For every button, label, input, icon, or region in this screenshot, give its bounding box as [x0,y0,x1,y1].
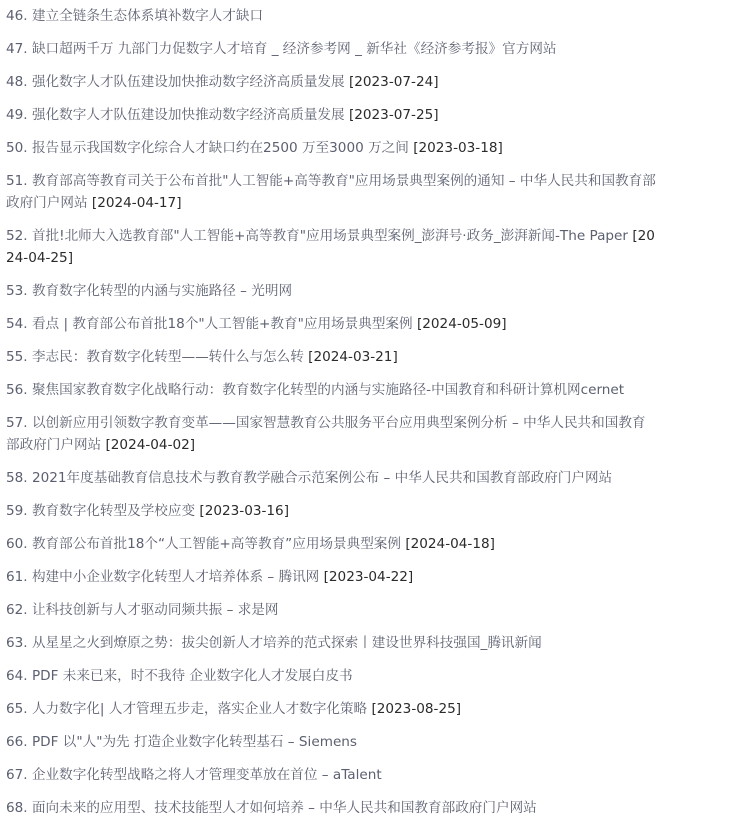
reference-link[interactable]: 面向未来的应用型、技术技能型人才如何培养 – 中华人民共和国教育部政府门户网站 [32,800,537,816]
reference-number: 54. [6,316,28,332]
reference-date: [2023-08-25] [371,701,461,717]
reference-date: [2023-07-24] [349,74,439,90]
reference-link[interactable]: 企业数字化转型战略之将人才管理变革放在首位 – aTalent [32,767,382,783]
reference-number: 61. [6,569,28,585]
reference-number: 53. [6,283,28,299]
reference-number: 68. [6,800,28,816]
reference-item: 60. 教育部公布首批18个“人工智能+高等教育”应用场景典型案例 [2024-… [6,533,656,555]
reference-date: [2024-04-02] [105,437,195,453]
reference-link[interactable]: 强化数字人才队伍建设加快推动数字经济高质量发展 [32,74,345,90]
reference-link[interactable]: PDF 未来已来，时不我待 企业数字化人才发展白皮书 [32,668,353,684]
reference-number: 48. [6,74,28,90]
reference-item: 67. 企业数字化转型战略之将人才管理变革放在首位 – aTalent [6,764,656,786]
reference-number: 64. [6,668,28,684]
reference-number: 65. [6,701,28,717]
reference-date: [2024-04-17] [92,195,182,211]
reference-link[interactable]: 人力数字化| 人才管理五步走，落实企业人才数字化策略 [32,701,367,717]
reference-date: [2024-03-21] [308,349,398,365]
reference-link[interactable]: 建立全链条生态体系填补数字人才缺口 [32,8,263,24]
reference-number: 58. [6,470,28,486]
reference-number: 66. [6,734,28,750]
reference-link[interactable]: 报告显示我国数字化综合人才缺口约在2500 万至3000 万之间 [32,140,409,156]
reference-item: 68. 面向未来的应用型、技术技能型人才如何培养 – 中华人民共和国教育部政府门… [6,797,656,819]
reference-number: 51. [6,173,28,189]
reference-link[interactable]: 缺口超两千万 九部门力促数字人才培育 _ 经济参考网 _ 新华社《经济参考报》官… [32,41,557,57]
reference-link[interactable]: PDF 以"人"为先 打造企业数字化转型基石 – Siemens [32,734,357,750]
reference-item: 49. 强化数字人才队伍建设加快推动数字经济高质量发展 [2023-07-25] [6,104,656,126]
reference-item: 58. 2021年度基础教育信息技术与教育教学融合示范案例公布 – 中华人民共和… [6,467,656,489]
reference-number: 63. [6,635,28,651]
reference-link[interactable]: 李志民：教育数字化转型——转什么与怎么转 [32,349,304,365]
reference-item: 61. 构建中小企业数字化转型人才培养体系 – 腾讯网 [2023-04-22] [6,566,656,588]
reference-number: 49. [6,107,28,123]
reference-link[interactable]: 聚焦国家教育数字化战略行动：教育数字化转型的内涵与实施路径-中国教育和科研计算机… [32,382,624,398]
reference-date: [2023-03-16] [199,503,289,519]
reference-number: 59. [6,503,28,519]
reference-number: 55. [6,349,28,365]
reference-number: 62. [6,602,28,618]
reference-item: 54. 看点 | 教育部公布首批18个"人工智能+教育"应用场景典型案例 [20… [6,313,656,335]
reference-link[interactable]: 教育部公布首批18个“人工智能+高等教育”应用场景典型案例 [32,536,401,552]
reference-number: 57. [6,415,28,431]
reference-date: [2023-07-25] [349,107,439,123]
reference-number: 67. [6,767,28,783]
reference-item: 56. 聚焦国家教育数字化战略行动：教育数字化转型的内涵与实施路径-中国教育和科… [6,379,656,401]
reference-date: [2024-05-09] [417,316,507,332]
reference-link[interactable]: 构建中小企业数字化转型人才培养体系 – 腾讯网 [32,569,319,585]
reference-item: 50. 报告显示我国数字化综合人才缺口约在2500 万至3000 万之间 [20… [6,137,656,159]
reference-link[interactable]: 从星星之火到燎原之势：拔尖创新人才培养的范式探索丨建设世界科技强国_腾讯新闻 [32,635,542,651]
reference-item: 65. 人力数字化| 人才管理五步走，落实企业人才数字化策略 [2023-08-… [6,698,656,720]
reference-list: 46. 建立全链条生态体系填补数字人才缺口 47. 缺口超两千万 九部门力促数字… [0,0,742,819]
reference-item: 59. 教育数字化转型及学校应变 [2023-03-16] [6,500,656,522]
reference-link[interactable]: 首批!北师大入选教育部"人工智能+高等教育"应用场景典型案例_澎湃号·政务_澎湃… [32,228,628,244]
reference-item: 55. 李志民：教育数字化转型——转什么与怎么转 [2024-03-21] [6,346,656,368]
reference-item: 52. 首批!北师大入选教育部"人工智能+高等教育"应用场景典型案例_澎湃号·政… [6,225,656,269]
reference-item: 66. PDF 以"人"为先 打造企业数字化转型基石 – Siemens [6,731,656,753]
reference-number: 47. [6,41,28,57]
reference-item: 46. 建立全链条生态体系填补数字人才缺口 [6,5,656,27]
reference-number: 60. [6,536,28,552]
reference-item: 62. 让科技创新与人才驱动同频共振 – 求是网 [6,599,656,621]
reference-link[interactable]: 强化数字人才队伍建设加快推动数字经济高质量发展 [32,107,345,123]
reference-item: 63. 从星星之火到燎原之势：拔尖创新人才培养的范式探索丨建设世界科技强国_腾讯… [6,632,656,654]
reference-link[interactable]: 让科技创新与人才驱动同频共振 – 求是网 [32,602,279,618]
reference-link[interactable]: 看点 | 教育部公布首批18个"人工智能+教育"应用场景典型案例 [32,316,413,332]
reference-link[interactable]: 教育数字化转型及学校应变 [32,503,195,519]
reference-link[interactable]: 教育数字化转型的内涵与实施路径 – 光明网 [32,283,292,299]
reference-date: [2023-04-22] [324,569,414,585]
reference-link[interactable]: 2021年度基础教育信息技术与教育教学融合示范案例公布 – 中华人民共和国教育部… [32,470,612,486]
reference-item: 57. 以创新应用引领数字教育变革——国家智慧教育公共服务平台应用典型案例分析 … [6,412,656,456]
reference-item: 53. 教育数字化转型的内涵与实施路径 – 光明网 [6,280,656,302]
reference-item: 64. PDF 未来已来，时不我待 企业数字化人才发展白皮书 [6,665,656,687]
reference-date: [2024-04-18] [405,536,495,552]
reference-number: 46. [6,8,28,24]
reference-number: 52. [6,228,28,244]
reference-item: 47. 缺口超两千万 九部门力促数字人才培育 _ 经济参考网 _ 新华社《经济参… [6,38,656,60]
reference-link[interactable]: 以创新应用引领数字教育变革——国家智慧教育公共服务平台应用典型案例分析 – 中华… [6,415,646,453]
reference-number: 56. [6,382,28,398]
reference-date: [2023-03-18] [413,140,503,156]
reference-number: 50. [6,140,28,156]
reference-item: 48. 强化数字人才队伍建设加快推动数字经济高质量发展 [2023-07-24] [6,71,656,93]
reference-item: 51. 教育部高等教育司关于公布首批"人工智能+高等教育"应用场景典型案例的通知… [6,170,656,214]
